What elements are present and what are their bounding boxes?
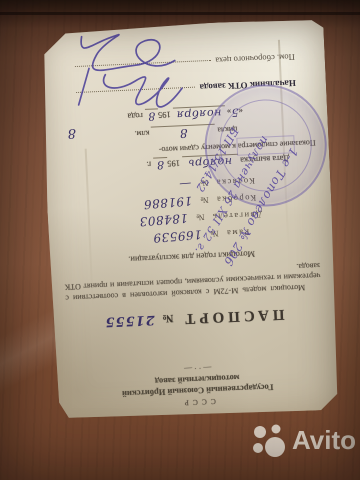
listing-photo: СССР Государственный Союзный Ирбитский м… xyxy=(0,0,360,480)
photo-vignette xyxy=(0,0,360,480)
